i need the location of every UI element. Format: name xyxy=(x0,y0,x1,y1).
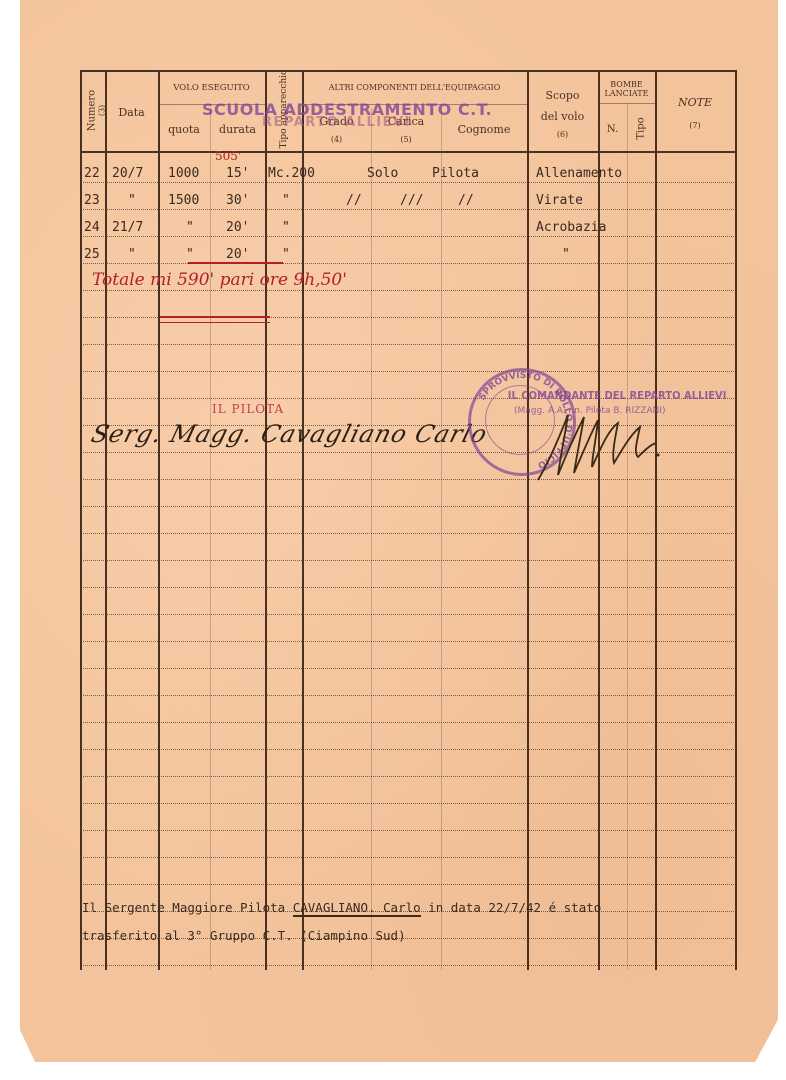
row-rule xyxy=(80,857,736,858)
cell-quota: " xyxy=(186,220,194,235)
header-bombe-tipo: Tipo xyxy=(636,115,647,143)
table-top-rule xyxy=(80,70,736,72)
cell-apparecchio: " xyxy=(282,193,290,208)
col-rule xyxy=(105,70,107,970)
cell-cognome: Pilota xyxy=(432,166,479,181)
header-cognome: Cognome xyxy=(441,123,527,136)
row-rule xyxy=(80,506,736,507)
header-scopo: Scopo xyxy=(527,89,598,102)
col-rule-thin xyxy=(627,103,628,970)
col-rule-thin xyxy=(210,108,211,970)
commander-signature xyxy=(530,405,670,485)
il-pilota-label: IL PILOTA xyxy=(212,402,284,416)
cell-carica: /// xyxy=(400,193,423,208)
col-rule xyxy=(265,70,267,970)
transfer-note-prefix: Il Sergente Maggiore Pilota xyxy=(82,900,293,915)
cell-data: 20/7 xyxy=(112,166,143,181)
row-rule xyxy=(80,560,736,561)
row-rule xyxy=(80,830,736,831)
cell-numero: 24 xyxy=(84,220,100,235)
cell-cognome: // xyxy=(458,193,474,208)
commander-stamp-line1: IL COMANDANTE DEL REPARTO ALLIEVI xyxy=(508,390,727,402)
row-rule xyxy=(80,641,736,642)
header-bottom-rule xyxy=(80,151,736,153)
transfer-note-line1: Il Sergente Maggiore Pilota CAVAGLIANO. … xyxy=(82,900,601,915)
col-rule xyxy=(735,70,737,970)
pilot-signature: Serg. Magg. Cavagliano Carlo xyxy=(88,420,490,448)
row-rule xyxy=(80,344,736,345)
row-rule xyxy=(80,587,736,588)
cell-apparecchio: " xyxy=(282,247,290,262)
col-rule xyxy=(302,70,304,970)
col-rule xyxy=(158,70,160,970)
cell-scopo: Allenamento xyxy=(536,166,622,181)
cell-numero: 25 xyxy=(84,247,100,262)
row-rule xyxy=(80,695,736,696)
transfer-note-suffix: in data 22/7/42 é stato xyxy=(421,900,602,915)
header-scopo-ref: (6) xyxy=(527,130,598,139)
header-carica-ref: (5) xyxy=(371,135,441,144)
transfer-note-line2: trasferito al 3° Gruppo C.T. (Ciampino S… xyxy=(82,928,406,943)
cell-numero: 22 xyxy=(84,166,100,181)
cell-grado: Solo xyxy=(367,166,398,181)
cell-data: 21/7 xyxy=(112,220,143,235)
header-bombe-n: N. xyxy=(598,124,627,135)
row-rule xyxy=(80,533,736,534)
header-altri-componenti: ALTRI COMPONENTI DELL'EQUIPAGGIO xyxy=(302,83,527,92)
durata-sum-underline xyxy=(188,262,283,264)
row-rule xyxy=(80,722,736,723)
header-volo-eseguito: VOLO ESEGUITO xyxy=(158,83,265,93)
cell-apparecchio: Mc.200 xyxy=(268,166,315,181)
row-rule xyxy=(80,236,736,237)
cell-data: " xyxy=(128,193,136,208)
header-numero: Numero xyxy=(87,89,98,133)
col-rule-thin xyxy=(371,108,372,970)
cell-quota: " xyxy=(186,247,194,262)
pilot-name: CAVAGLIANO. Carlo xyxy=(293,900,421,917)
row-rule xyxy=(80,965,736,966)
col-rule xyxy=(80,70,82,970)
cell-numero: 23 xyxy=(84,193,100,208)
cell-durata: 20' xyxy=(226,220,249,235)
cell-durata: 30' xyxy=(226,193,249,208)
header-quota: quota xyxy=(158,123,210,136)
cell-quota: 1000 xyxy=(168,166,199,181)
row-rule xyxy=(80,803,736,804)
row-rule xyxy=(80,668,736,669)
header-bombe-lanciate: BOMBE LANCIATE xyxy=(598,80,655,98)
col-rule xyxy=(655,70,657,970)
header-del-volo: del volo xyxy=(527,110,598,123)
col-rule xyxy=(527,70,529,970)
row-rule xyxy=(80,884,736,885)
row-rule xyxy=(80,182,736,183)
total-double-underline xyxy=(160,316,270,323)
cell-quota: 1500 xyxy=(168,193,199,208)
cell-scopo: Virate xyxy=(536,193,583,208)
header-durata: durata xyxy=(210,123,265,136)
cell-data: " xyxy=(128,247,136,262)
row-rule xyxy=(80,263,736,264)
row-rule xyxy=(80,209,736,210)
cell-apparecchio: " xyxy=(282,220,290,235)
header-subrule xyxy=(598,103,655,104)
cell-durata: 15' xyxy=(226,166,249,181)
header-note-ref: (7) xyxy=(655,121,735,130)
cell-grado: // xyxy=(346,193,362,208)
cell-scopo: " xyxy=(562,247,570,262)
col-rule xyxy=(598,70,600,970)
row-rule xyxy=(80,371,736,372)
total-annotation: Totale mi 590' pari ore 9h,50' xyxy=(92,270,347,290)
row-rule xyxy=(80,290,736,291)
col-rule-thin xyxy=(441,108,442,970)
header-grado-ref: (4) xyxy=(302,135,371,144)
header-note: NOTE xyxy=(655,96,735,109)
school-stamp-line2: REPARTO ALLIEVI xyxy=(262,115,411,130)
row-rule xyxy=(80,614,736,615)
carry-over-annotation: 505' xyxy=(215,149,241,163)
cell-scopo: Acrobazia xyxy=(536,220,606,235)
row-rule xyxy=(80,749,736,750)
header-data: Data xyxy=(105,106,158,119)
cell-durata: 20' xyxy=(226,247,249,262)
row-rule xyxy=(80,776,736,777)
